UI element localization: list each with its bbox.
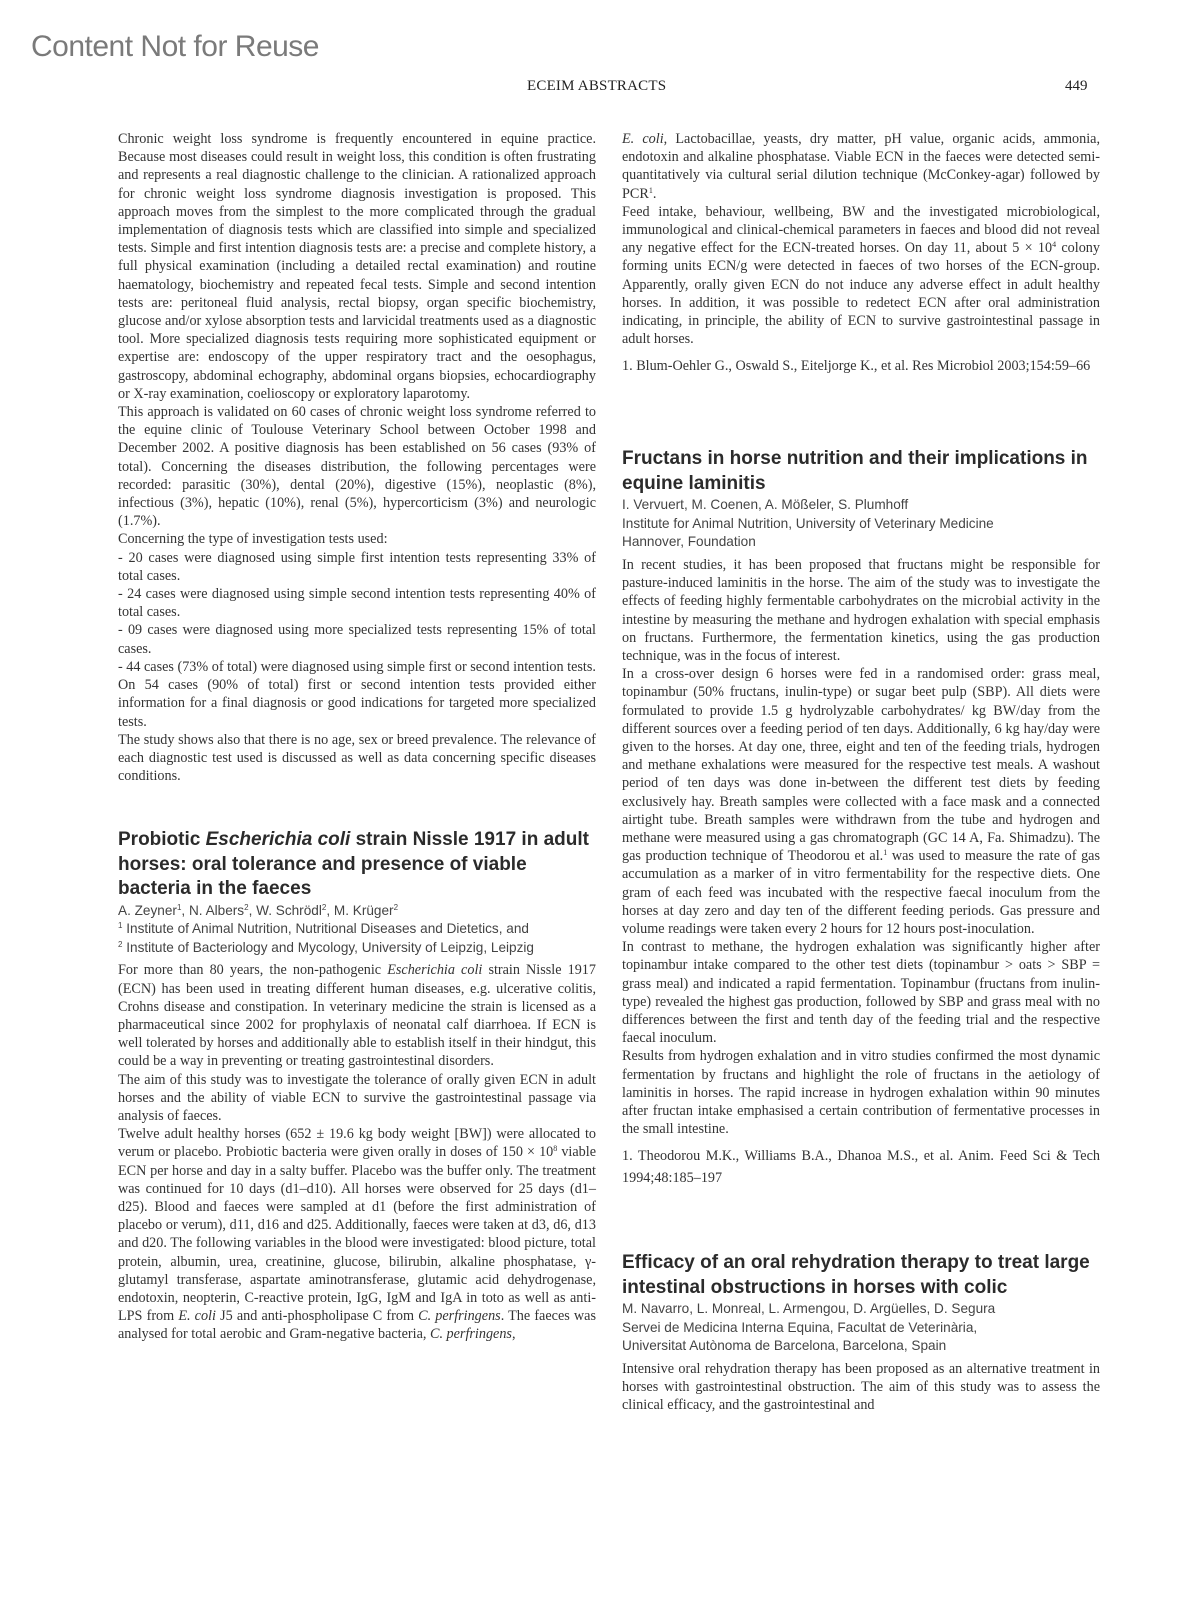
abstract-oral-rehydration: Efficacy of an oral rehydration therapy …	[622, 1251, 1100, 1414]
list-item: - 24 cases were diagnosed using simple s…	[118, 585, 596, 621]
body-paragraph: The study shows also that there is no ag…	[118, 731, 596, 786]
affiliations: Institute for Animal Nutrition, Universi…	[622, 515, 1100, 552]
article-title: Fructans in horse nutrition and their im…	[622, 447, 1100, 496]
author-list: I. Vervuert, M. Coenen, A. Mößeler, S. P…	[622, 496, 1100, 515]
affiliation: Universitat Autònoma de Barcelona, Barce…	[622, 1337, 1100, 1356]
affiliation: Institute for Animal Nutrition, Universi…	[622, 515, 1100, 534]
affiliation: Hannover, Foundation	[622, 533, 1100, 552]
body-paragraph: For more than 80 years, the non-pathogen…	[118, 961, 596, 1070]
abstract-weight-loss-continued: Chronic weight loss syndrome is frequent…	[118, 130, 596, 785]
author: A. Zeyner	[118, 903, 177, 918]
body-paragraph: In contrast to methane, the hydrogen exh…	[622, 938, 1100, 1047]
page-number: 449	[1065, 78, 1088, 95]
author-list: A. Zeyner1, N. Albers2, W. Schrödl2, M. …	[118, 902, 596, 921]
abstract-fructans: Fructans in horse nutrition and their im…	[622, 447, 1100, 1189]
article-title: Efficacy of an oral rehydration therapy …	[622, 1251, 1100, 1300]
left-column: Chronic weight loss syndrome is frequent…	[118, 130, 596, 1344]
body-paragraph: Twelve adult healthy horses (652 ± 19.6 …	[118, 1125, 596, 1343]
body-paragraph: On 54 cases (90% of total) first or seco…	[118, 676, 596, 731]
list-item: - 20 cases were diagnosed using simple f…	[118, 549, 596, 585]
results-list: - 20 cases were diagnosed using simple f…	[118, 549, 596, 676]
body-paragraph: Intensive oral rehydration therapy has b…	[622, 1360, 1100, 1415]
affiliation: 2 Institute of Bacteriology and Mycology…	[118, 939, 596, 958]
author: M. Krüger	[334, 903, 394, 918]
right-column: E. coli, Lactobacillae, yeasts, dry matt…	[622, 130, 1100, 1415]
body-paragraph: This approach is validated on 60 cases o…	[118, 403, 596, 530]
body-paragraph: Chronic weight loss syndrome is frequent…	[118, 130, 596, 403]
journal-title: ECEIM ABSTRACTS	[527, 78, 666, 95]
body-paragraph: The aim of this study was to investigate…	[118, 1071, 596, 1126]
body-paragraph: In recent studies, it has been proposed …	[622, 556, 1100, 665]
reference: 1. Blum-Oehler G., Oswald S., Eiteljorge…	[622, 355, 1100, 377]
body-paragraph: E. coli, Lactobacillae, yeasts, dry matt…	[622, 130, 1100, 203]
affiliation: Servei de Medicina Interna Equina, Facul…	[622, 1319, 1100, 1338]
body-paragraph: In a cross-over design 6 horses were fed…	[622, 665, 1100, 938]
list-item: - 44 cases (73% of total) were diagnosed…	[118, 658, 596, 676]
watermark: Content Not for Reuse	[31, 30, 319, 64]
affiliation: 1 Institute of Animal Nutrition, Nutriti…	[118, 920, 596, 939]
author: W. Schrödl	[256, 903, 322, 918]
body-paragraph: Feed intake, behaviour, wellbeing, BW an…	[622, 203, 1100, 349]
list-item: - 09 cases were diagnosed using more spe…	[118, 621, 596, 657]
body-paragraph: Results from hydrogen exhalation and in …	[622, 1047, 1100, 1138]
author-list: M. Navarro, L. Monreal, L. Armengou, D. …	[622, 1300, 1100, 1319]
article-title: Probiotic Escherichia coli strain Nissle…	[118, 828, 596, 902]
abstract-probiotic-ecoli: Probiotic Escherichia coli strain Nissle…	[118, 828, 596, 1343]
reference: 1. Theodorou M.K., Williams B.A., Dhanoa…	[622, 1145, 1100, 1189]
affiliations: Servei de Medicina Interna Equina, Facul…	[622, 1319, 1100, 1356]
affiliations: 1 Institute of Animal Nutrition, Nutriti…	[118, 920, 596, 957]
abstract-probiotic-ecoli-continued: E. coli, Lactobacillae, yeasts, dry matt…	[622, 130, 1100, 377]
author: N. Albers	[189, 903, 244, 918]
body-paragraph: Concerning the type of investigation tes…	[118, 530, 596, 548]
